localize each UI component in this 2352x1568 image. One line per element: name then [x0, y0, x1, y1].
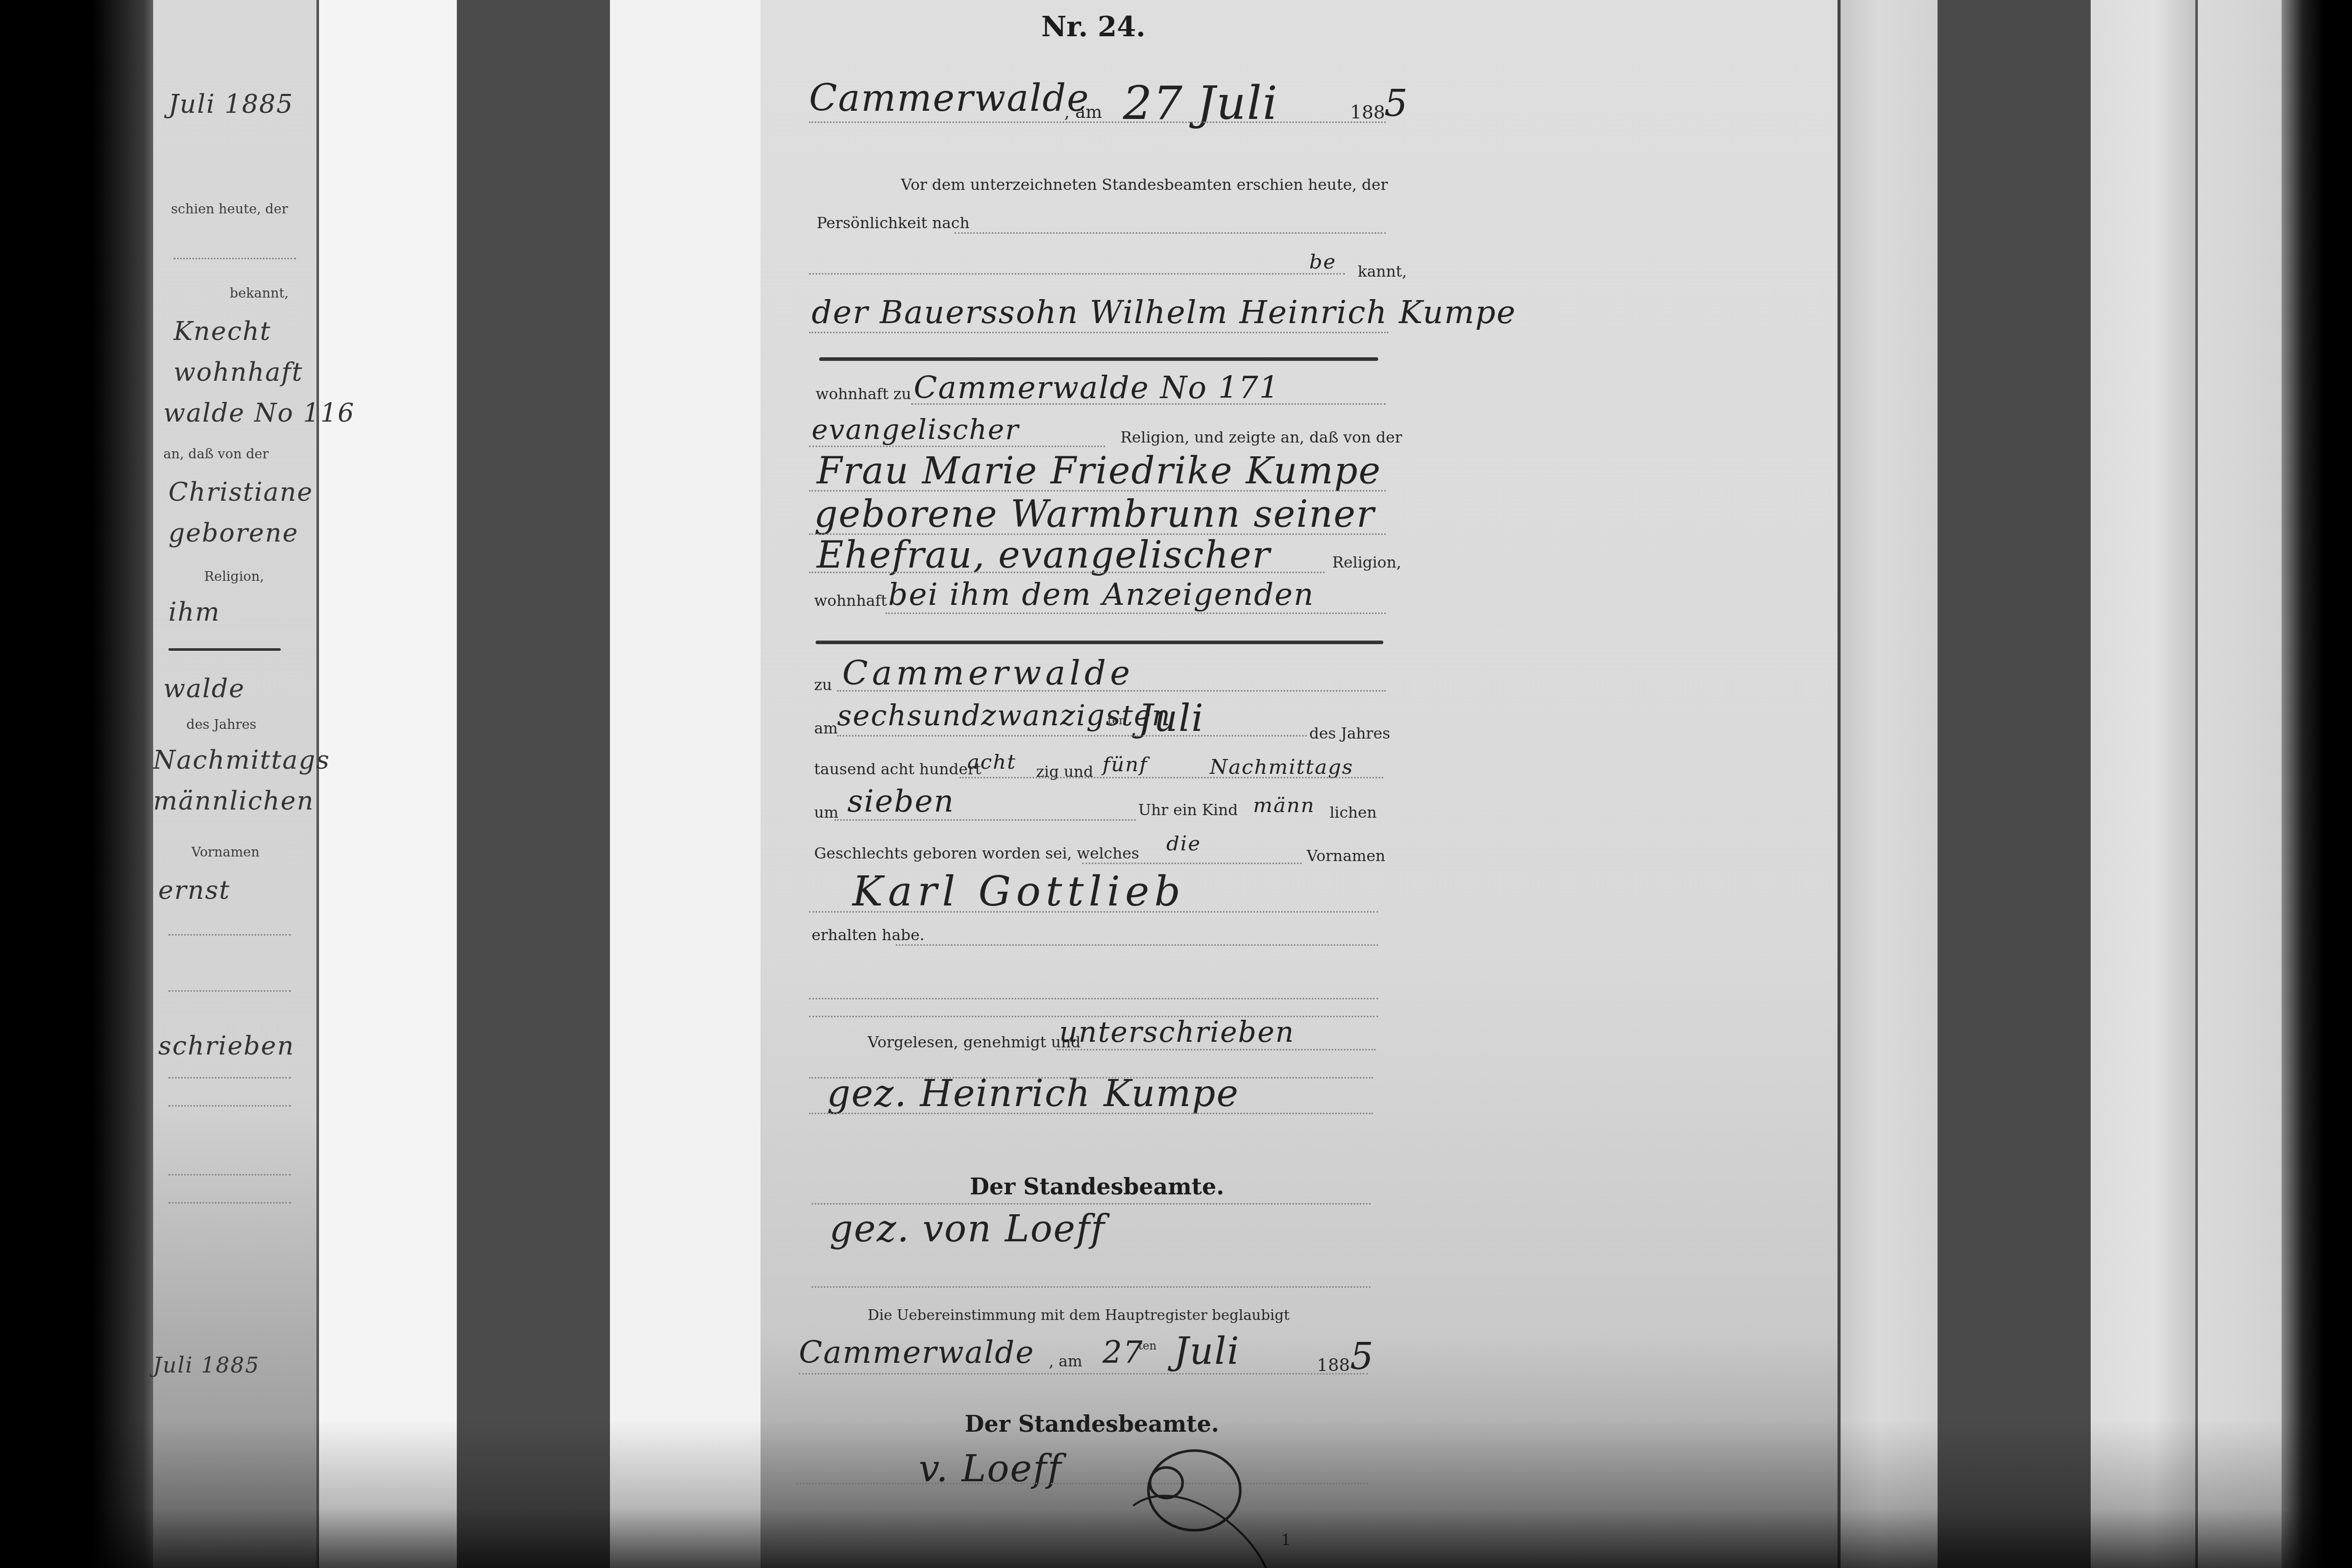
- left-fragment-hand: ihm: [168, 597, 220, 627]
- child-sex: männ: [1253, 794, 1315, 817]
- known-label: kannt,: [1358, 263, 1407, 281]
- left-fragment-hand: Christiane: [168, 477, 313, 507]
- left-fragment-hand: walde: [163, 674, 245, 703]
- light-strip: [319, 0, 457, 1568]
- time-of-day: Nachmittags: [1210, 755, 1354, 779]
- ruled-line: [168, 990, 291, 992]
- received-label: erhalten habe.: [812, 926, 924, 944]
- ruled-line: [174, 258, 296, 259]
- light-strip: [2091, 0, 2198, 1568]
- year-decade: acht: [967, 750, 1016, 774]
- forenames-label: Vornamen: [1307, 847, 1385, 865]
- ruled-line: [809, 911, 1378, 913]
- left-fragment-text: an, daß von der: [163, 447, 268, 462]
- mother-line-1: Frau Marie Friedrike Kumpe: [817, 449, 1381, 492]
- gender-label: Geschlechts geboren worden sei, welches: [814, 845, 1139, 863]
- birth-place-label: zu: [814, 676, 832, 694]
- ruled-line: [809, 273, 1345, 275]
- identity-label: Persönlichkeit nach: [817, 214, 969, 232]
- ruled-line: [954, 232, 1386, 234]
- ruled-line: [911, 403, 1386, 405]
- ruled-line: [809, 446, 1105, 447]
- mother-residence-label: wohnhaft: [814, 592, 887, 610]
- article: die: [1166, 832, 1201, 855]
- section-rule: [816, 641, 1383, 644]
- microfilm-scan: Juli 1885 schien heute, der bekannt, Kne…: [0, 0, 2352, 1568]
- ruled-line: [168, 1202, 291, 1204]
- mother-line-2: geborene Warmbrunn seiner: [814, 493, 1375, 535]
- left-page-fragment: [153, 0, 319, 1568]
- known-prefix: be: [1309, 250, 1336, 274]
- cert-place: Cammerwalde: [799, 1335, 1035, 1370]
- dark-band: [457, 0, 610, 1568]
- ruled-line: [809, 121, 1386, 123]
- entry-number: Nr. 24.: [1041, 10, 1145, 43]
- cert-month: Juli: [1174, 1330, 1240, 1373]
- left-fragment-hand: wohnhaft: [174, 357, 303, 387]
- ruled-line: [1057, 1049, 1376, 1050]
- mother-line-3: Ehefrau, evangelischer: [817, 533, 1271, 576]
- ruled-line: [168, 1174, 291, 1175]
- left-fragment-text: schien heute, der: [171, 202, 288, 217]
- year-label: des Jahres: [1309, 725, 1390, 743]
- cert-registrar-title: Der Standesbeamte.: [965, 1411, 1219, 1437]
- section-rule: [168, 648, 281, 651]
- ruled-line: [809, 1077, 1373, 1079]
- left-fragment-hand: walde No 116: [163, 398, 355, 428]
- hour-value: sieben: [847, 783, 954, 819]
- left-fragment-hand: Nachmittags: [153, 745, 330, 775]
- cert-am-label: , am: [1049, 1353, 1082, 1370]
- ruled-line: [812, 1203, 1370, 1205]
- left-fragment-text: Vornamen: [191, 845, 260, 860]
- left-fragment-hand: geborene: [168, 518, 299, 548]
- page-mark: 1: [1281, 1531, 1291, 1549]
- left-fragment-hand: schrieben: [158, 1031, 295, 1061]
- residence-label: wohnhaft zu: [816, 385, 911, 403]
- ruled-line: [960, 777, 1383, 778]
- left-date-line: Juli 1885: [168, 89, 293, 119]
- residence-value: Cammerwalde No 171: [914, 370, 1280, 406]
- ruled-line: [812, 1286, 1370, 1288]
- cert-day: 27: [1102, 1335, 1143, 1370]
- light-strip: [2198, 0, 2295, 1568]
- year-text-1: tausend acht hundert: [814, 761, 981, 778]
- ruled-line: [886, 612, 1386, 614]
- birth-day-suffix: ten: [1108, 715, 1126, 727]
- header-place: Cammerwalde: [809, 77, 1090, 119]
- mother-religion-label: Religion,: [1332, 554, 1401, 572]
- ruled-line: [168, 1077, 291, 1079]
- birth-place-value: Cammerwalde: [842, 653, 1134, 693]
- header-year-prefix: 188: [1350, 102, 1385, 123]
- cert-year-suffix: 5: [1350, 1335, 1375, 1378]
- signature-flourish-icon: [1113, 1444, 1378, 1568]
- ruled-line: [837, 690, 1386, 692]
- right-vignette: [2282, 0, 2352, 1568]
- cert-year-prefix: 188: [1317, 1355, 1350, 1376]
- left-fragment-hand: männlichen: [153, 786, 314, 816]
- birth-month-value: Juli: [1138, 697, 1204, 740]
- left-fragment-hand: Juli 1885: [153, 1353, 260, 1378]
- intro-text: Vor dem unterzeichneten Standesbeamten e…: [901, 176, 1388, 194]
- light-strip: [1841, 0, 1938, 1568]
- year-unit: fünf: [1102, 753, 1148, 776]
- cert-day-suffix: ten: [1138, 1340, 1157, 1353]
- ruled-line: [809, 998, 1378, 999]
- header-year-suffix: 5: [1384, 82, 1409, 125]
- child-label-1: Uhr ein Kind: [1138, 801, 1238, 819]
- birth-day-label: am: [814, 720, 838, 738]
- religion-label: Religion, und zeigte an, daß von der: [1120, 429, 1402, 447]
- ruled-line: [809, 490, 1386, 492]
- ruled-line: [896, 944, 1378, 946]
- approval-hand: unterschrieben: [1059, 1016, 1295, 1049]
- ruled-line: [809, 1113, 1373, 1114]
- left-fragment-hand: ernst: [158, 875, 230, 905]
- ruled-line: [809, 332, 1388, 333]
- ruled-line: [168, 1105, 291, 1107]
- child-label-2: lichen: [1330, 804, 1377, 822]
- left-fragment-hand: Knecht: [174, 316, 271, 346]
- registrar-title: Der Standesbeamte.: [970, 1174, 1224, 1200]
- ruled-line: [809, 572, 1325, 573]
- child-name: Karl Gottlieb: [852, 868, 1186, 915]
- informant-religion: evangelischer: [812, 413, 1019, 446]
- informant-name: der Bauerssohn Wilhelm Heinrich Kumpe: [812, 293, 1516, 331]
- dark-band: [1938, 0, 2091, 1568]
- approval-label: Vorgelesen, genehmigt und: [868, 1034, 1081, 1051]
- left-fragment-text: bekannt,: [230, 286, 289, 301]
- left-fragment-text: Religion,: [204, 569, 264, 584]
- ruled-line: [1082, 863, 1302, 864]
- ruled-line: [835, 819, 1136, 821]
- ruled-line: [168, 934, 291, 936]
- header-am-label: , am: [1064, 102, 1102, 122]
- certification-text: Die Uebereinstimmung mit dem Hauptregist…: [868, 1307, 1289, 1324]
- mother-residence-value: bei ihm dem Anzeigenden: [888, 577, 1314, 612]
- ruled-line: [837, 735, 1307, 737]
- ruled-line: [799, 1373, 1368, 1375]
- left-fragment-text: des Jahres: [186, 717, 256, 732]
- left-vignette: [0, 0, 168, 1568]
- section-rule: [819, 357, 1378, 361]
- registrar-signature: gez. von Loeff: [829, 1207, 1106, 1250]
- light-strip: [610, 0, 761, 1568]
